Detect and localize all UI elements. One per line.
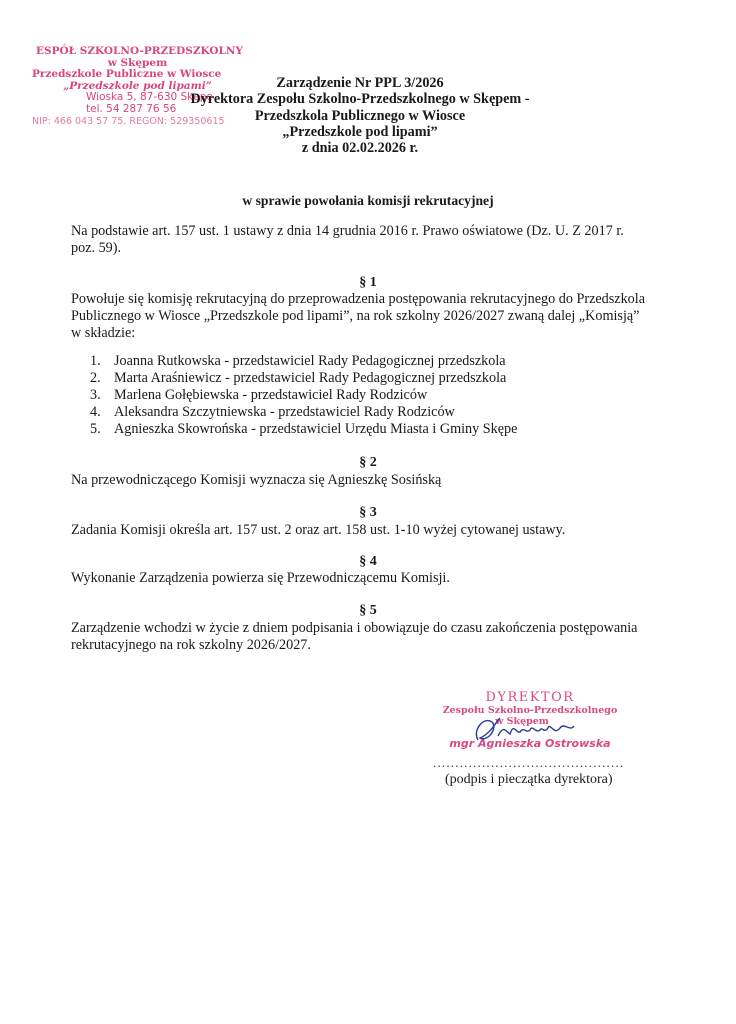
stamp-title: DYREKTOR: [425, 690, 635, 705]
section-text: Zadania Komisji określa art. 157 ust. 2 …: [71, 522, 651, 539]
document-title: Zarządzenie Nr PPL 3/2026: [180, 75, 540, 91]
document-date: z dnia 02.02.2026 r.: [180, 140, 540, 156]
section-mark: § 5: [0, 603, 736, 619]
list-item: 2.Marta Araśniewicz - przedstawiciel Rad…: [90, 370, 517, 387]
document-header: Zarządzenie Nr PPL 3/2026 Dyrektora Zesp…: [180, 75, 540, 156]
committee-members-list: 1.Joanna Rutkowska - przedstawiciel Rady…: [90, 353, 517, 438]
header-line: Dyrektora Zespołu Szkolno-Przedszkolnego…: [160, 91, 560, 107]
section-mark: § 1: [0, 275, 736, 291]
list-item: 4.Aleksandra Szczytniewska - przedstawic…: [90, 404, 517, 421]
preamble: Na podstawie art. 157 ust. 1 ustawy z dn…: [71, 223, 651, 257]
list-item: 3.Marlena Gołębiewska - przedstawiciel R…: [90, 387, 517, 404]
section-mark: § 4: [0, 554, 736, 570]
section-text: Wykonanie Zarządzenia powierza się Przew…: [71, 570, 651, 587]
header-line: Przedszkola Publicznego w Wiosce: [180, 108, 540, 124]
handwritten-signature: [470, 712, 580, 748]
list-item: 5.Agnieszka Skowrońska - przedstawiciel …: [90, 421, 517, 438]
header-line: „Przedszkole pod lipami”: [180, 124, 540, 140]
stamp-line: ESPÓŁ SZKOLNO-PRZEDSZKOLNY: [30, 46, 245, 58]
section-text: Na przewodniczącego Komisji wyznacza się…: [71, 472, 651, 489]
section-mark: § 3: [0, 505, 736, 521]
list-item: 1.Joanna Rutkowska - przedstawiciel Rady…: [90, 353, 517, 370]
document-subject: w sprawie powołania komisji rekrutacyjne…: [0, 193, 736, 209]
section-text: Powołuje się komisję rekrutacyjną do prz…: [71, 291, 651, 342]
signature-line: ........................................…: [433, 755, 624, 771]
section-mark: § 2: [0, 455, 736, 471]
signature-caption: (podpis i pieczątka dyrektora): [445, 772, 613, 788]
section-text: Zarządzenie wchodzi w życie z dniem podp…: [71, 620, 651, 654]
